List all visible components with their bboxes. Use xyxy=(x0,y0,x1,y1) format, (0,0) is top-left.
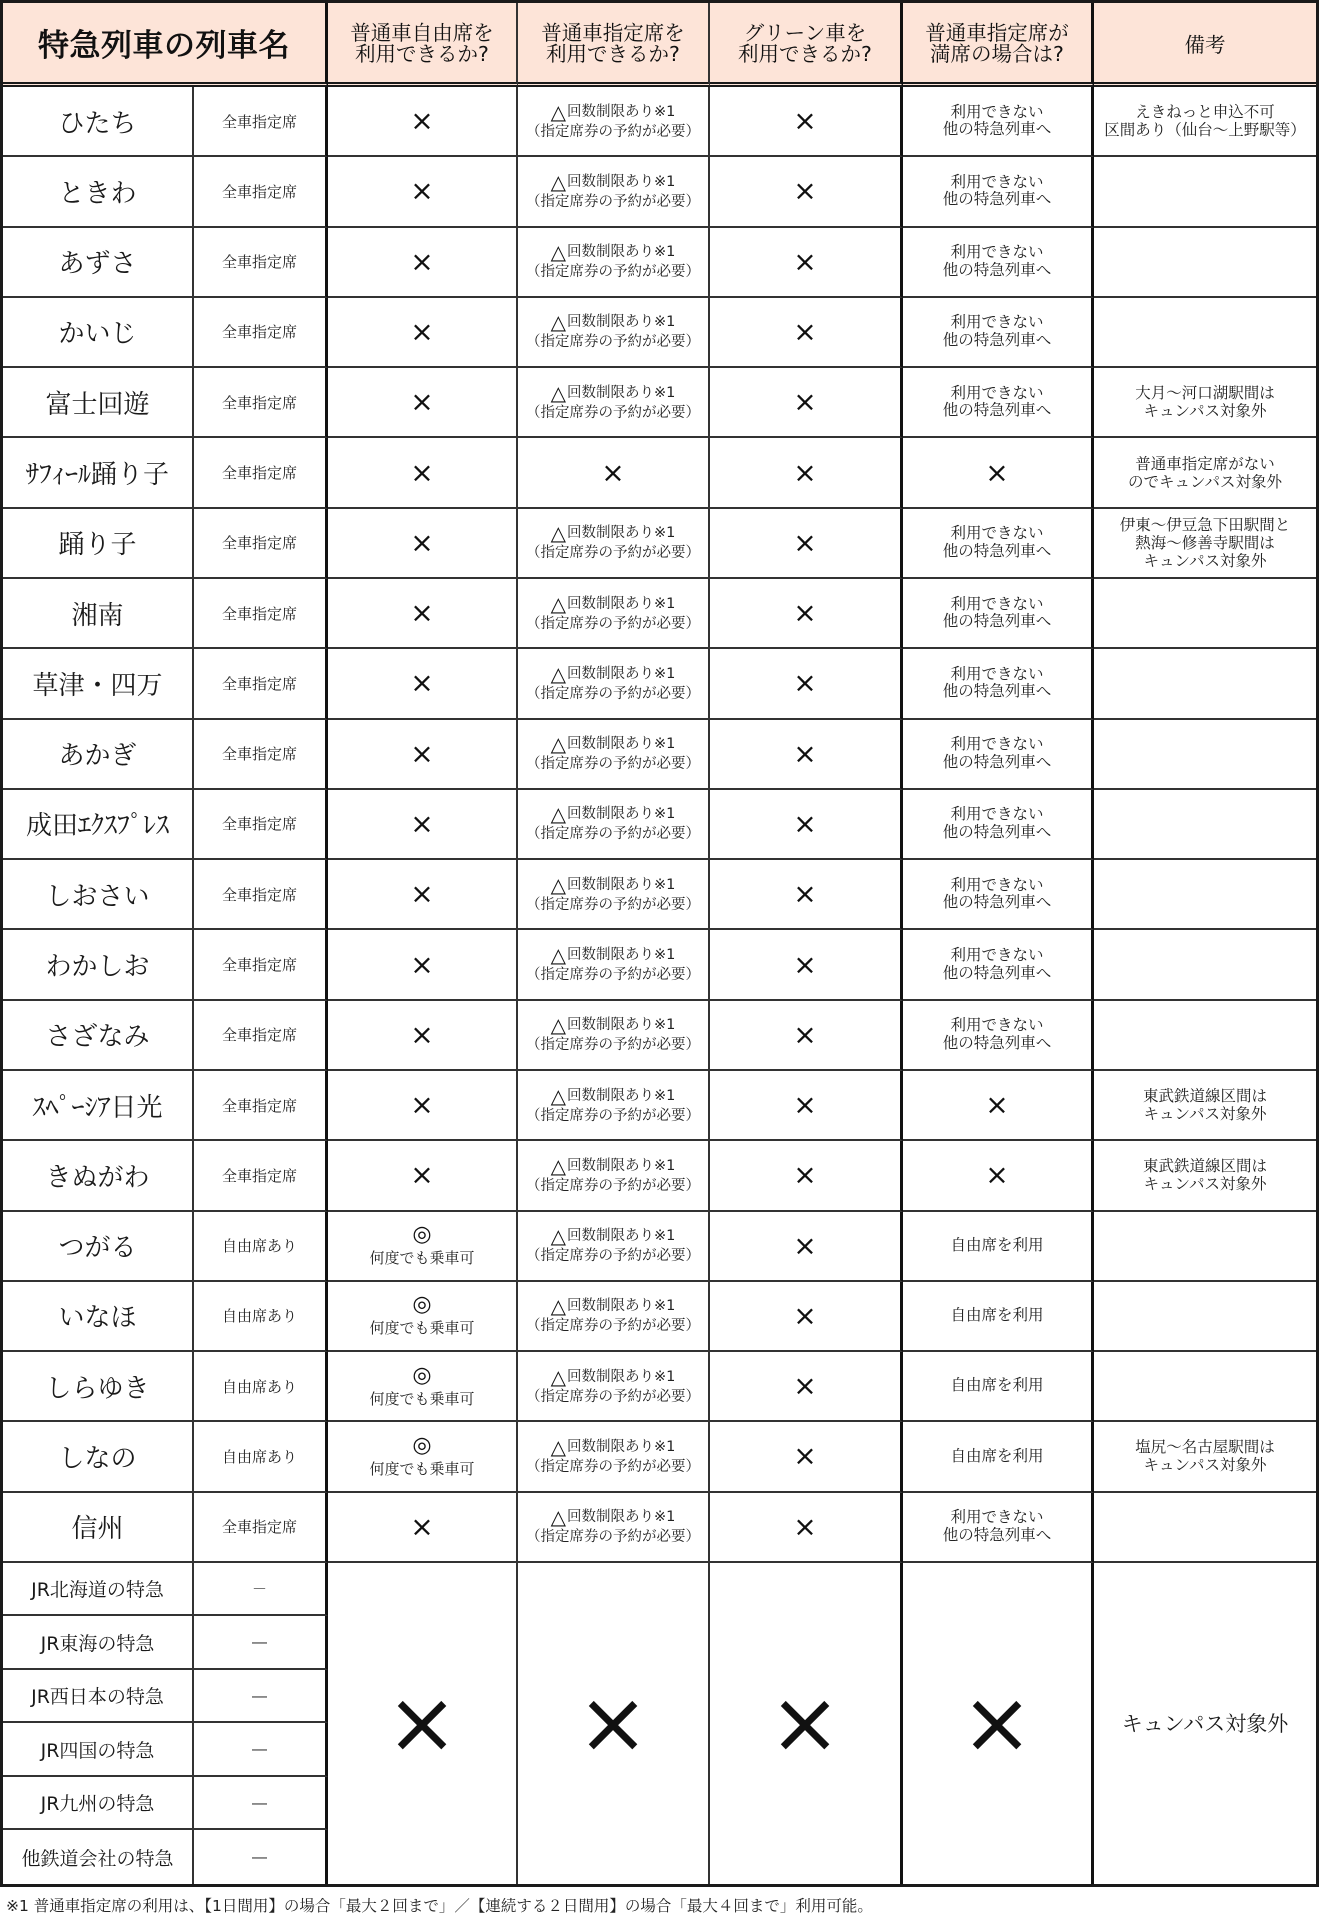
seat-type: 全車指定席 xyxy=(194,298,328,368)
when-full-cell: 自由席を利用 xyxy=(903,1352,1094,1422)
train-name: しなの xyxy=(3,1422,194,1492)
remarks-cell xyxy=(1094,157,1316,227)
reserved-seat-text: 回数制限あり※1 xyxy=(567,383,675,404)
cross-mark-icon: × xyxy=(410,669,433,697)
reserved-seat-cell: △回数制限あり※1（指定席券の予約が必要） xyxy=(518,930,710,1000)
reserved-seat-line: △回数制限あり※1 xyxy=(551,102,676,123)
when-full-cell: 利用できない 他の特急列車へ xyxy=(903,930,1094,1000)
green-car-cell: × xyxy=(710,1493,903,1563)
free-seat-cell: × xyxy=(328,368,518,438)
cross-mark-icon: × xyxy=(793,177,816,205)
seat-type: 全車指定席 xyxy=(194,1071,328,1141)
reserved-seat-line: △回数制限あり※1 xyxy=(551,734,676,755)
train-name: 富士回遊 xyxy=(3,368,194,438)
train-name: 信州 xyxy=(3,1493,194,1563)
header-train-name: 特急列車の列車名 xyxy=(3,3,328,87)
other-when-full-cell: × xyxy=(903,1563,1094,1884)
reserved-seat-line: △回数制限あり※1 xyxy=(551,1226,676,1247)
remarks-cell xyxy=(1094,790,1316,860)
green-car-cell: × xyxy=(710,228,903,298)
reserved-seat-note: （指定席券の予約が必要） xyxy=(526,825,700,843)
when-full-cell: 自由席を利用 xyxy=(903,1212,1094,1282)
reserved-seat-cell: △回数制限あり※1（指定席券の予約が必要） xyxy=(518,579,710,649)
cross-mark-icon: × xyxy=(410,388,433,416)
reserved-seat-note: （指定席券の予約が必要） xyxy=(526,1036,700,1054)
seat-type: 全車指定席 xyxy=(194,157,328,227)
remarks-cell xyxy=(1094,228,1316,298)
remarks-cell: 東武鉄道線区間は キュンパス対象外 xyxy=(1094,1071,1316,1141)
free-seat-note: 何度でも乗車可 xyxy=(369,1249,474,1267)
remarks-cell xyxy=(1094,298,1316,368)
reserved-seat-line: △回数制限あり※1 xyxy=(551,1437,676,1458)
seat-type: 全車指定席 xyxy=(194,790,328,860)
free-seat-cell: × xyxy=(328,649,518,719)
reserved-seat-note: （指定席券の予約が必要） xyxy=(526,333,700,351)
when-full-cell: 利用できない 他の特急列車へ xyxy=(903,860,1094,930)
double-circle-mark-icon: ◎ xyxy=(412,1294,431,1316)
reserved-seat-line: △回数制限あり※1 xyxy=(551,312,676,333)
remarks-cell xyxy=(1094,649,1316,719)
reserved-seat-line: △回数制限あり※1 xyxy=(551,1156,676,1177)
reserved-seat-text: 回数制限あり※1 xyxy=(567,734,675,755)
remarks-cell: 普通車指定席がない のでキュンパス対象外 xyxy=(1094,438,1316,508)
reserved-seat-cell: △回数制限あり※1（指定席券の予約が必要） xyxy=(518,298,710,368)
seat-type: 全車指定席 xyxy=(194,87,328,157)
triangle-mark-icon: △ xyxy=(551,1226,566,1247)
reserved-seat-cell: △回数制限あり※1（指定席券の予約が必要） xyxy=(518,860,710,930)
cross-mark-icon: × xyxy=(793,740,816,768)
other-railway-name: JR東海の特急 xyxy=(3,1616,194,1670)
reserved-seat-cell: △回数制限あり※1（指定席券の予約が必要） xyxy=(518,368,710,438)
double-circle-mark-icon: ◎ xyxy=(412,1365,431,1387)
remarks-cell: 大月～河口湖駅間は キュンパス対象外 xyxy=(1094,368,1316,438)
seat-type: 自由席あり xyxy=(194,1282,328,1352)
when-full-cell: 利用できない 他の特急列車へ xyxy=(903,1001,1094,1071)
reserved-seat-cell: △回数制限あり※1（指定席券の予約が必要） xyxy=(518,509,710,579)
reserved-seat-text: 回数制限あり※1 xyxy=(567,172,675,193)
free-seat-cell: × xyxy=(328,1493,518,1563)
free-seat-cell: × xyxy=(328,579,518,649)
green-car-cell: × xyxy=(710,790,903,860)
reserved-seat-note: （指定席券の予約が必要） xyxy=(526,123,700,141)
green-car-cell: × xyxy=(710,1141,903,1211)
reserved-seat-cell: △回数制限あり※1（指定席券の予約が必要） xyxy=(518,1001,710,1071)
reserved-seat-text: 回数制限あり※1 xyxy=(567,1086,675,1107)
reserved-seat-line: △回数制限あり※1 xyxy=(551,945,676,966)
reserved-seat-text: 回数制限あり※1 xyxy=(567,804,675,825)
free-seat-cell: × xyxy=(328,298,518,368)
seat-type: 全車指定席 xyxy=(194,720,328,790)
remarks-cell: 東武鉄道線区間は キュンパス対象外 xyxy=(1094,1141,1316,1211)
free-seat-cell: × xyxy=(328,157,518,227)
when-full-cell: 利用できない 他の特急列車へ xyxy=(903,649,1094,719)
cross-mark-icon: × xyxy=(985,1161,1008,1189)
reserved-seat-cell: △回数制限あり※1（指定席券の予約が必要） xyxy=(518,1141,710,1211)
other-railway-seat-type: ― xyxy=(194,1616,328,1670)
free-seat-cell: × xyxy=(328,930,518,1000)
double-circle-mark-icon: ◎ xyxy=(412,1435,431,1457)
train-name: しおさい xyxy=(3,860,194,930)
when-full-cell: 利用できない 他の特急列車へ xyxy=(903,157,1094,227)
reserved-seat-note: （指定席券の予約が必要） xyxy=(526,404,700,422)
cross-mark-icon: × xyxy=(793,599,816,627)
triangle-mark-icon: △ xyxy=(551,875,566,896)
triangle-mark-icon: △ xyxy=(551,804,566,825)
cross-mark-icon: × xyxy=(793,1372,816,1400)
train-name: あかぎ xyxy=(3,720,194,790)
remarks-cell xyxy=(1094,579,1316,649)
green-car-cell: × xyxy=(710,1282,903,1352)
cross-mark-icon: × xyxy=(985,1091,1008,1119)
cross-mark-icon: × xyxy=(793,1091,816,1119)
when-full-cell: 自由席を利用 xyxy=(903,1282,1094,1352)
cross-mark-icon: × xyxy=(793,1302,816,1330)
reserved-seat-text: 回数制限あり※1 xyxy=(567,1296,675,1317)
remarks-cell xyxy=(1094,1001,1316,1071)
triangle-mark-icon: △ xyxy=(551,1367,566,1388)
green-car-cell: × xyxy=(710,298,903,368)
when-full-cell: × xyxy=(903,1071,1094,1141)
free-seat-cell: × xyxy=(328,87,518,157)
reserved-seat-text: 回数制限あり※1 xyxy=(567,1437,675,1458)
seat-type: 自由席あり xyxy=(194,1212,328,1282)
seat-type: 全車指定席 xyxy=(194,438,328,508)
cross-mark-icon: × xyxy=(577,1680,649,1766)
other-railway-name: JR四国の特急 xyxy=(3,1723,194,1777)
reserved-seat-line: △回数制限あり※1 xyxy=(551,664,676,685)
reserved-seat-line: △回数制限あり※1 xyxy=(551,242,676,263)
cross-mark-icon: × xyxy=(793,1232,816,1260)
free-seat-cell: × xyxy=(328,720,518,790)
remarks-cell: 伊東～伊豆急下田駅間と 熱海～修善寺駅間は キュンパス対象外 xyxy=(1094,509,1316,579)
cross-mark-icon: × xyxy=(793,1161,816,1189)
cross-mark-icon: × xyxy=(410,951,433,979)
seat-type: 全車指定席 xyxy=(194,1141,328,1211)
remarks-cell xyxy=(1094,1493,1316,1563)
free-seat-note: 何度でも乗車可 xyxy=(369,1460,474,1478)
reserved-seat-cell: △回数制限あり※1（指定席券の予約が必要） xyxy=(518,1352,710,1422)
green-car-cell: × xyxy=(710,1001,903,1071)
cross-mark-icon: × xyxy=(410,1091,433,1119)
train-name: 草津・四万 xyxy=(3,649,194,719)
train-name: つがる xyxy=(3,1212,194,1282)
seat-type: 全車指定席 xyxy=(194,649,328,719)
reserved-seat-note: （指定席券の予約が必要） xyxy=(526,755,700,773)
reserved-seat-cell: △回数制限あり※1（指定席券の予約が必要） xyxy=(518,1422,710,1492)
green-car-cell: × xyxy=(710,930,903,1000)
reserved-seat-text: 回数制限あり※1 xyxy=(567,242,675,263)
when-full-cell: 利用できない 他の特急列車へ xyxy=(903,1493,1094,1563)
other-railway-name: 他鉄道会社の特急 xyxy=(3,1830,194,1884)
triangle-mark-icon: △ xyxy=(551,523,566,544)
cross-mark-icon: × xyxy=(793,1442,816,1470)
reserved-seat-text: 回数制限あり※1 xyxy=(567,1015,675,1036)
reserved-seat-text: 回数制限あり※1 xyxy=(567,1507,675,1528)
reserved-seat-line: △回数制限あり※1 xyxy=(551,1367,676,1388)
free-seat-cell: × xyxy=(328,860,518,930)
other-railway-name: JR九州の特急 xyxy=(3,1777,194,1831)
seat-type: 全車指定席 xyxy=(194,1001,328,1071)
seat-type: 全車指定席 xyxy=(194,930,328,1000)
free-seat-cell: ◎何度でも乗車可 xyxy=(328,1212,518,1282)
other-free-seat-cell: × xyxy=(328,1563,518,1884)
other-reserved-seat-cell: × xyxy=(518,1563,710,1884)
footnote: ※1 普通車指定席の利用は、【1日間用】の場合「最大２回まで」／【連続する２日間… xyxy=(6,1897,873,1915)
reserved-seat-line: △回数制限あり※1 xyxy=(551,1296,676,1317)
when-full-cell: 利用できない 他の特急列車へ xyxy=(903,790,1094,860)
green-car-cell: × xyxy=(710,649,903,719)
cross-mark-icon: × xyxy=(410,459,433,487)
cross-mark-icon: × xyxy=(410,880,433,908)
green-car-cell: × xyxy=(710,157,903,227)
other-railway-seat-type: ― xyxy=(194,1723,328,1777)
cross-mark-icon: × xyxy=(985,459,1008,487)
when-full-cell: 利用できない 他の特急列車へ xyxy=(903,368,1094,438)
cross-mark-icon: × xyxy=(410,1513,433,1541)
reserved-seat-line: △回数制限あり※1 xyxy=(551,594,676,615)
train-name: いなほ xyxy=(3,1282,194,1352)
reserved-seat-text: 回数制限あり※1 xyxy=(567,945,675,966)
remarks-cell xyxy=(1094,1212,1316,1282)
reserved-seat-note: （指定席券の予約が必要） xyxy=(526,1107,700,1125)
train-name: かいじ xyxy=(3,298,194,368)
remarks-cell: 塩尻～名古屋駅間は キュンパス対象外 xyxy=(1094,1422,1316,1492)
when-full-cell: 利用できない 他の特急列車へ xyxy=(903,87,1094,157)
when-full-cell: 利用できない 他の特急列車へ xyxy=(903,228,1094,298)
triangle-mark-icon: △ xyxy=(551,242,566,263)
reserved-seat-text: 回数制限あり※1 xyxy=(567,1367,675,1388)
train-name: わかしお xyxy=(3,930,194,1000)
train-name: ｻﾌｨｰﾙ踊り子 xyxy=(3,438,194,508)
free-seat-cell: ◎何度でも乗車可 xyxy=(328,1282,518,1352)
free-seat-note: 何度でも乗車可 xyxy=(369,1319,474,1337)
reserved-seat-line: △回数制限あり※1 xyxy=(551,1086,676,1107)
when-full-cell: 利用できない 他の特急列車へ xyxy=(903,509,1094,579)
green-car-cell: × xyxy=(710,720,903,790)
reserved-seat-line: △回数制限あり※1 xyxy=(551,172,676,193)
remarks-cell xyxy=(1094,720,1316,790)
cross-mark-icon: × xyxy=(793,1513,816,1541)
green-car-cell: × xyxy=(710,368,903,438)
seat-type: 全車指定席 xyxy=(194,860,328,930)
cross-mark-icon: × xyxy=(793,810,816,838)
train-name: ひたち xyxy=(3,87,194,157)
green-car-cell: × xyxy=(710,438,903,508)
other-green-car-cell: × xyxy=(710,1563,903,1884)
train-name: ｽﾍﾟｰｼｱ日光 xyxy=(3,1071,194,1141)
triangle-mark-icon: △ xyxy=(551,734,566,755)
reserved-seat-text: 回数制限あり※1 xyxy=(567,1226,675,1247)
reserved-seat-line: △回数制限あり※1 xyxy=(551,1015,676,1036)
reserved-seat-note: （指定席券の予約が必要） xyxy=(526,193,700,211)
remarks-cell xyxy=(1094,1282,1316,1352)
reserved-seat-note: （指定席券の予約が必要） xyxy=(526,1458,700,1476)
reserved-seat-line: △回数制限あり※1 xyxy=(551,875,676,896)
reserved-seat-note: （指定席券の予約が必要） xyxy=(526,1247,700,1265)
cross-mark-icon: × xyxy=(601,459,624,487)
reserved-seat-text: 回数制限あり※1 xyxy=(567,523,675,544)
when-full-cell: 利用できない 他の特急列車へ xyxy=(903,720,1094,790)
green-car-cell: × xyxy=(710,860,903,930)
remarks-cell xyxy=(1094,930,1316,1000)
reserved-seat-line: △回数制限あり※1 xyxy=(551,383,676,404)
triangle-mark-icon: △ xyxy=(551,945,566,966)
header-green-car: グリーン車を 利用できるか? xyxy=(710,3,903,87)
reserved-seat-note: （指定席券の予約が必要） xyxy=(526,1528,700,1546)
header-when-full: 普通車指定席が 満席の場合は? xyxy=(903,3,1094,87)
reserved-seat-text: 回数制限あり※1 xyxy=(567,664,675,685)
seat-type: 全車指定席 xyxy=(194,509,328,579)
green-car-cell: × xyxy=(710,1212,903,1282)
triangle-mark-icon: △ xyxy=(551,1507,566,1528)
reserved-seat-note: （指定席券の予約が必要） xyxy=(526,685,700,703)
reserved-seat-note: （指定席券の予約が必要） xyxy=(526,544,700,562)
remarks-cell: えきねっと申込不可 区間あり（仙台～上野駅等） xyxy=(1094,87,1316,157)
triangle-mark-icon: △ xyxy=(551,172,566,193)
train-name: さざなみ xyxy=(3,1001,194,1071)
cross-mark-icon: × xyxy=(410,529,433,557)
other-railway-seat-type: ― xyxy=(194,1830,328,1884)
limited-express-eligibility-table: 特急列車の列車名 普通車自由席を 利用できるか? 普通車指定席を 利用できるか?… xyxy=(0,0,1319,1887)
seat-type: 全車指定席 xyxy=(194,579,328,649)
cross-mark-icon: × xyxy=(410,248,433,276)
header-free-seat: 普通車自由席を 利用できるか? xyxy=(328,3,518,87)
double-circle-mark-icon: ◎ xyxy=(412,1224,431,1246)
triangle-mark-icon: △ xyxy=(551,312,566,333)
train-name: 湘南 xyxy=(3,579,194,649)
free-seat-cell: × xyxy=(328,790,518,860)
other-railway-name: JR西日本の特急 xyxy=(3,1670,194,1724)
cross-mark-icon: × xyxy=(410,1021,433,1049)
when-full-cell: 自由席を利用 xyxy=(903,1422,1094,1492)
cross-mark-icon: × xyxy=(769,1680,841,1766)
reserved-seat-note: （指定席券の予約が必要） xyxy=(526,263,700,281)
seat-type: 自由席あり xyxy=(194,1422,328,1492)
reserved-seat-line: △回数制限あり※1 xyxy=(551,1507,676,1528)
reserved-seat-cell: △回数制限あり※1（指定席券の予約が必要） xyxy=(518,1071,710,1141)
triangle-mark-icon: △ xyxy=(551,1156,566,1177)
cross-mark-icon: × xyxy=(793,880,816,908)
header-reserved-seat: 普通車指定席を 利用できるか? xyxy=(518,3,710,87)
seat-type: 全車指定席 xyxy=(194,368,328,438)
green-car-cell: × xyxy=(710,579,903,649)
cross-mark-icon: × xyxy=(793,529,816,557)
reserved-seat-note: （指定席券の予約が必要） xyxy=(526,1317,700,1335)
other-railway-seat-type: ― xyxy=(194,1777,328,1831)
triangle-mark-icon: △ xyxy=(551,1086,566,1107)
cross-mark-icon: × xyxy=(410,740,433,768)
green-car-cell: × xyxy=(710,509,903,579)
reserved-seat-note: （指定席券の予約が必要） xyxy=(526,615,700,633)
triangle-mark-icon: △ xyxy=(551,1437,566,1458)
reserved-seat-cell: △回数制限あり※1（指定席券の予約が必要） xyxy=(518,1493,710,1563)
triangle-mark-icon: △ xyxy=(551,594,566,615)
cross-mark-icon: × xyxy=(386,1680,458,1766)
cross-mark-icon: × xyxy=(793,951,816,979)
train-name: 成田ｴｸｽﾌﾟﾚｽ xyxy=(3,790,194,860)
when-full-cell: 利用できない 他の特急列車へ xyxy=(903,579,1094,649)
when-full-cell: 利用できない 他の特急列車へ xyxy=(903,298,1094,368)
other-railway-seat-type: － xyxy=(194,1563,328,1617)
free-seat-cell: × xyxy=(328,228,518,298)
cross-mark-icon: × xyxy=(793,248,816,276)
seat-type: 自由席あり xyxy=(194,1352,328,1422)
when-full-cell: × xyxy=(903,438,1094,508)
triangle-mark-icon: △ xyxy=(551,383,566,404)
free-seat-cell: × xyxy=(328,1071,518,1141)
remarks-cell xyxy=(1094,1352,1316,1422)
cross-mark-icon: × xyxy=(410,318,433,346)
reserved-seat-line: △回数制限あり※1 xyxy=(551,523,676,544)
reserved-seat-text: 回数制限あり※1 xyxy=(567,1156,675,1177)
reserved-seat-cell: △回数制限あり※1（指定席券の予約が必要） xyxy=(518,87,710,157)
green-car-cell: × xyxy=(710,1422,903,1492)
reserved-seat-cell: △回数制限あり※1（指定席券の予約が必要） xyxy=(518,790,710,860)
free-seat-cell: × xyxy=(328,1141,518,1211)
reserved-seat-cell: △回数制限あり※1（指定席券の予約が必要） xyxy=(518,1212,710,1282)
green-car-cell: × xyxy=(710,1071,903,1141)
reserved-seat-text: 回数制限あり※1 xyxy=(567,102,675,123)
reserved-seat-note: （指定席券の予約が必要） xyxy=(526,966,700,984)
other-remarks-cell: キュンパス対象外 xyxy=(1094,1563,1316,1884)
cross-mark-icon: × xyxy=(793,669,816,697)
green-car-cell: × xyxy=(710,1352,903,1422)
free-seat-cell: × xyxy=(328,1001,518,1071)
train-name: あずさ xyxy=(3,228,194,298)
triangle-mark-icon: △ xyxy=(551,1015,566,1036)
free-seat-cell: × xyxy=(328,438,518,508)
reserved-seat-cell: × xyxy=(518,438,710,508)
reserved-seat-text: 回数制限あり※1 xyxy=(567,594,675,615)
reserved-seat-text: 回数制限あり※1 xyxy=(567,875,675,896)
cross-mark-icon: × xyxy=(793,459,816,487)
reserved-seat-cell: △回数制限あり※1（指定席券の予約が必要） xyxy=(518,157,710,227)
train-name: しらゆき xyxy=(3,1352,194,1422)
free-seat-cell: ◎何度でも乗車可 xyxy=(328,1352,518,1422)
free-seat-cell: ◎何度でも乗車可 xyxy=(328,1422,518,1492)
reserved-seat-cell: △回数制限あり※1（指定席券の予約が必要） xyxy=(518,720,710,790)
remarks-cell xyxy=(1094,860,1316,930)
cross-mark-icon: × xyxy=(793,318,816,346)
cross-mark-icon: × xyxy=(410,599,433,627)
cross-mark-icon: × xyxy=(410,177,433,205)
free-seat-cell: × xyxy=(328,509,518,579)
triangle-mark-icon: △ xyxy=(551,102,566,123)
header-remarks: 備考 xyxy=(1094,3,1316,87)
reserved-seat-line: △回数制限あり※1 xyxy=(551,804,676,825)
reserved-seat-cell: △回数制限あり※1（指定席券の予約が必要） xyxy=(518,228,710,298)
seat-type: 全車指定席 xyxy=(194,1493,328,1563)
reserved-seat-note: （指定席券の予約が必要） xyxy=(526,896,700,914)
cross-mark-icon: × xyxy=(410,810,433,838)
when-full-cell: × xyxy=(903,1141,1094,1211)
triangle-mark-icon: △ xyxy=(551,664,566,685)
cross-mark-icon: × xyxy=(793,388,816,416)
cross-mark-icon: × xyxy=(793,107,816,135)
train-name: ときわ xyxy=(3,157,194,227)
reserved-seat-note: （指定席券の予約が必要） xyxy=(526,1388,700,1406)
seat-type: 全車指定席 xyxy=(194,228,328,298)
train-name: 踊り子 xyxy=(3,509,194,579)
reserved-seat-cell: △回数制限あり※1（指定席券の予約が必要） xyxy=(518,649,710,719)
cross-mark-icon: × xyxy=(410,1161,433,1189)
other-railway-seat-type: ― xyxy=(194,1670,328,1724)
reserved-seat-text: 回数制限あり※1 xyxy=(567,312,675,333)
triangle-mark-icon: △ xyxy=(551,1296,566,1317)
free-seat-note: 何度でも乗車可 xyxy=(369,1390,474,1408)
cross-mark-icon: × xyxy=(410,107,433,135)
cross-mark-icon: × xyxy=(793,1021,816,1049)
